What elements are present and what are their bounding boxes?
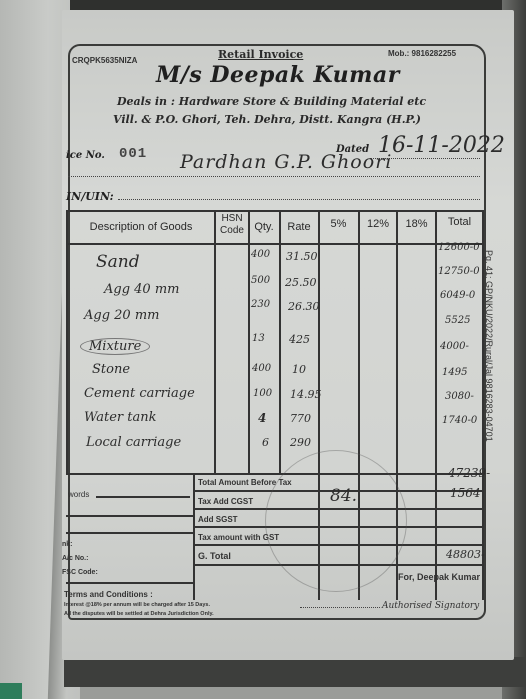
grand-total-label: G. Total [198,551,231,561]
item-qty: 400 [252,363,271,374]
buyer-line [68,176,480,177]
authorised-signatory: Authorised Signatory [382,601,479,611]
rubber-stamp [265,450,407,592]
item-rate: 770 [290,412,311,425]
item-rate: 14.95 [290,388,322,401]
item-rate: 25.50 [285,276,317,289]
grand-total-value: 48803- [446,548,485,561]
item-description: Sand [96,252,140,272]
item-total: 4000- [440,341,469,352]
account-no-label: A/c No.: [62,555,88,562]
bank-top-line [66,532,193,534]
summary-left-border [193,473,195,600]
amount-in-words-label: words [68,490,89,499]
item-qty: 6 [262,436,269,449]
sgst-label: Add SGST [198,515,238,524]
words-line [66,515,193,517]
header-qty: Qty. [250,221,278,233]
col-border [66,210,68,473]
seller-gstin: CRQPK5635NIZA [72,56,137,65]
item-total: 6049-0 [440,290,475,301]
item-total: 3080- [445,391,474,402]
total-before-tax-value: 47239- [448,466,490,480]
header-total: Total [437,216,482,228]
side-note: Pg. 41: GP/NKU/2022/Rural/Jal 9816283-04… [484,250,494,442]
col-border [279,210,281,473]
words-line [96,496,190,498]
gstin-uin-line [118,199,480,200]
item-qty: 400 [251,249,270,260]
item-description: Water tank [84,410,156,425]
item-rate: 26.30 [288,300,320,313]
buyer-name: Pardhan G.P. Ghoori [180,151,392,173]
item-description: Agg 20 mm [84,308,160,323]
item-total: 12750-0 [438,266,480,277]
item-rate: 31.50 [286,250,318,263]
header-description: Description of Goods [70,221,212,233]
term-jurisdiction: All the disputes will be settled at Dehr… [64,611,214,617]
header-18pct: 18% [398,218,435,230]
col-border [214,210,216,473]
signature-line [300,607,380,608]
deals-in: Deals in : Hardware Store & Building Mat… [117,95,426,108]
table-top-line [66,210,484,212]
invoice-title: Retail Invoice [218,48,303,61]
item-rate: 10 [292,363,306,376]
cgst-label: Tax Add CGST [198,497,253,506]
shop-name: M/s Deepak Kumar [156,62,400,88]
term-interest: Interest @18% per annum will be charged … [64,602,210,608]
invoice-date: 16-11-2022 [378,133,505,158]
background-green-object [0,683,22,699]
table-header-line [66,243,484,245]
item-rate: 425 [289,333,310,346]
header-5pct: 5% [320,218,357,230]
item-description: Mixture [80,338,150,355]
item-total: 12600-0 [438,242,480,253]
for-shop-label: For, Deepak Kumar [398,572,480,582]
item-total: 1740-0 [442,415,477,426]
header-hsn: HSN Code [216,213,248,237]
table-items-bottom-line [66,473,484,475]
item-description: Cement carriage [84,386,195,401]
cgst-value: 1564 [450,486,481,500]
background-shadow-bottom [64,657,526,687]
ifsc-label: FSC Code: [62,569,98,576]
col-border [435,210,437,600]
mobile-number: Mob.: 9816282255 [388,49,456,58]
invoice-no-label: ice No. [66,150,105,161]
item-description: Agg 40 mm [104,282,180,297]
header-12pct: 12% [360,218,396,230]
col-border [248,210,250,473]
item-total: 5525 [445,315,470,326]
item-qty: 4 [258,411,266,425]
item-description: Stone [92,362,130,377]
invoice-no: 001 [119,146,147,162]
item-qty: 13 [252,333,265,344]
item-rate: 290 [290,436,311,449]
item-description: Local carriage [86,435,181,450]
item-qty: 100 [253,388,272,399]
header-rate: Rate [281,221,317,233]
item-qty: 230 [251,299,270,310]
item-total: 1495 [442,367,467,378]
item-qty: 500 [251,275,270,286]
gstin-uin-label: IN/UIN: [66,190,114,203]
terms-title: Terms and Conditions : [64,590,153,599]
bank-label: nk: [62,541,73,548]
bank-bottom-line [66,582,193,584]
shop-address: Vill. & P.O. Ghori, Teh. Dehra, Distt. K… [113,113,421,126]
